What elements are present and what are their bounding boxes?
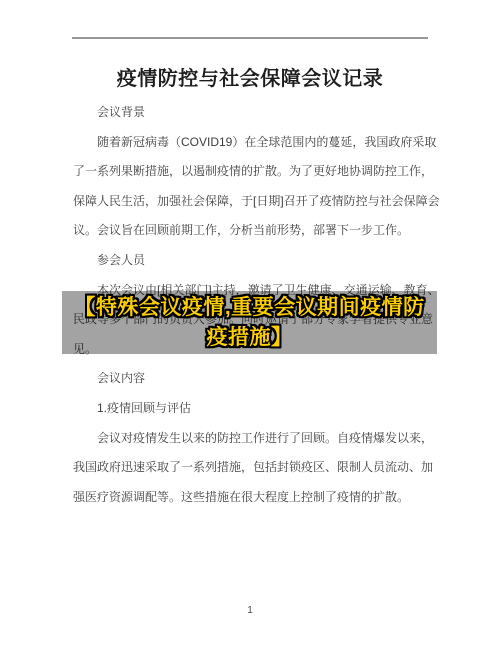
document-text-line: 议。会议旨在回顾前期工作，分析当前形势，部署下一步工作。	[73, 216, 429, 246]
watermark-text-line-1: 【特殊会议疫情,重要会议期间疫情防	[62, 293, 437, 323]
document-text-line: 强医疗资源调配等。这些措施在很大程度上控制了疫情的扩散。	[73, 483, 429, 513]
document-text-line: 参会人员	[73, 246, 429, 276]
document-title: 疫情防控与社会保障会议记录	[0, 62, 500, 91]
watermark-text-line-2: 疫措施】	[62, 323, 437, 353]
document-text-line: 随着新冠病毒（COVID19）在全球范围内的蔓延，我国政府采取	[73, 128, 429, 158]
document-text-line: 会议背景	[73, 98, 429, 128]
document-text-line: 1.疫情回顾与评估	[73, 394, 429, 424]
header-rule	[72, 37, 428, 39]
page-number: 1	[0, 605, 500, 616]
document-text-line: 保障人民生活，加强社会保障，于[日期]召开了疫情防控与社会保障会	[73, 187, 429, 217]
watermark-overlay: 【特殊会议疫情,重要会议期间疫情防 疫措施】	[62, 291, 437, 354]
document-text-line: 会议内容	[73, 364, 429, 394]
document-text-line: 会议对疫情发生以来的防控工作进行了回顾。自疫情爆发以来，	[73, 424, 429, 454]
watermark-text: 【特殊会议疫情,重要会议期间疫情防 疫措施】	[62, 293, 437, 353]
document-page: 疫情防控与社会保障会议记录 会议背景 随着新冠病毒（COVID19）在全球范围内…	[0, 0, 500, 647]
document-text-line: 我国政府迅速采取了一系列措施，包括封锁疫区、限制人员流动、加	[73, 453, 429, 483]
document-text-line: 了一系列果断措施，以遏制疫情的扩散。为了更好地协调防控工作，	[73, 157, 429, 187]
